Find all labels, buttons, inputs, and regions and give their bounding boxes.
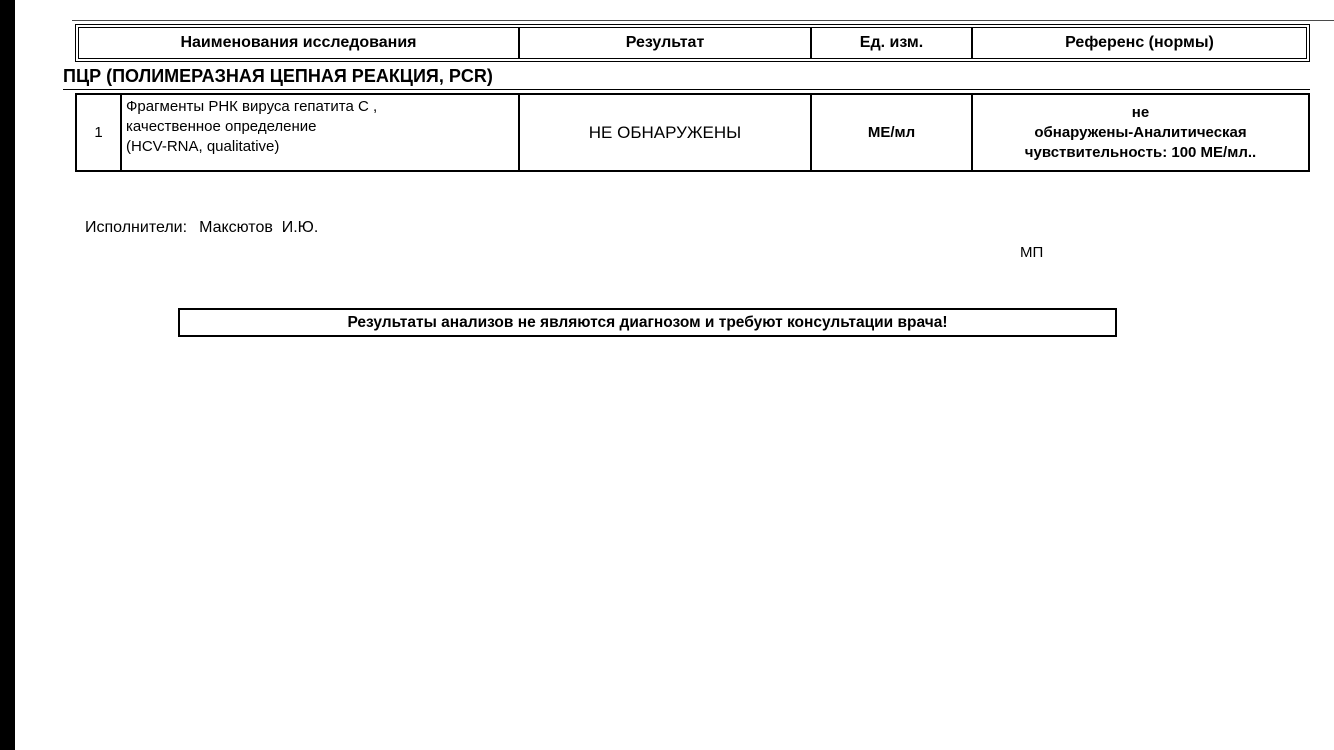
scan-edge-black-bar <box>0 0 15 750</box>
results-table-row: 1 Фрагменты РНК вируса гепатита C , каче… <box>75 93 1310 172</box>
units-cell: МЕ/мл <box>810 95 971 170</box>
column-header-result: Результат <box>518 28 810 58</box>
reference-line-2: обнаружены-Аналитическая <box>1034 123 1246 143</box>
test-name-line-2: качественное определение <box>126 117 317 137</box>
executors-line: Исполнители:Максютов И.Ю. <box>85 219 318 237</box>
test-name-line-3: (HCV-RNA, qualitative) <box>126 137 279 157</box>
reference-line-1: не <box>1132 103 1149 123</box>
section-title-pcr: ПЦР (ПОЛИМЕРАЗНАЯ ЦЕПНАЯ РЕАКЦИЯ, PCR) <box>63 63 1310 90</box>
seal-placeholder: МП <box>1020 244 1043 261</box>
executors-label: Исполнители: <box>85 219 187 236</box>
result-cell: НЕ ОБНАРУЖЕНЫ <box>518 95 810 170</box>
executor-name: Максютов И.Ю. <box>199 219 318 236</box>
results-table-header-row: Наименования исследования Результат Ед. … <box>75 24 1310 62</box>
test-name-cell: Фрагменты РНК вируса гепатита C , качест… <box>120 95 518 170</box>
page-top-rule <box>72 20 1334 21</box>
test-name-line-1: Фрагменты РНК вируса гепатита C , <box>126 97 377 117</box>
column-header-units: Ед. изм. <box>810 28 971 58</box>
reference-cell: не обнаружены-Аналитическая чувствительн… <box>971 95 1308 170</box>
column-header-test-name: Наименования исследования <box>79 28 518 58</box>
disclaimer-text: Результаты анализов не являются диагнозо… <box>347 314 947 332</box>
column-header-reference: Референс (нормы) <box>971 28 1306 58</box>
reference-line-3: чувствительность: 100 МЕ/мл.. <box>1025 143 1256 163</box>
disclaimer-box: Результаты анализов не являются диагнозо… <box>178 308 1117 337</box>
row-number-cell: 1 <box>77 95 120 170</box>
